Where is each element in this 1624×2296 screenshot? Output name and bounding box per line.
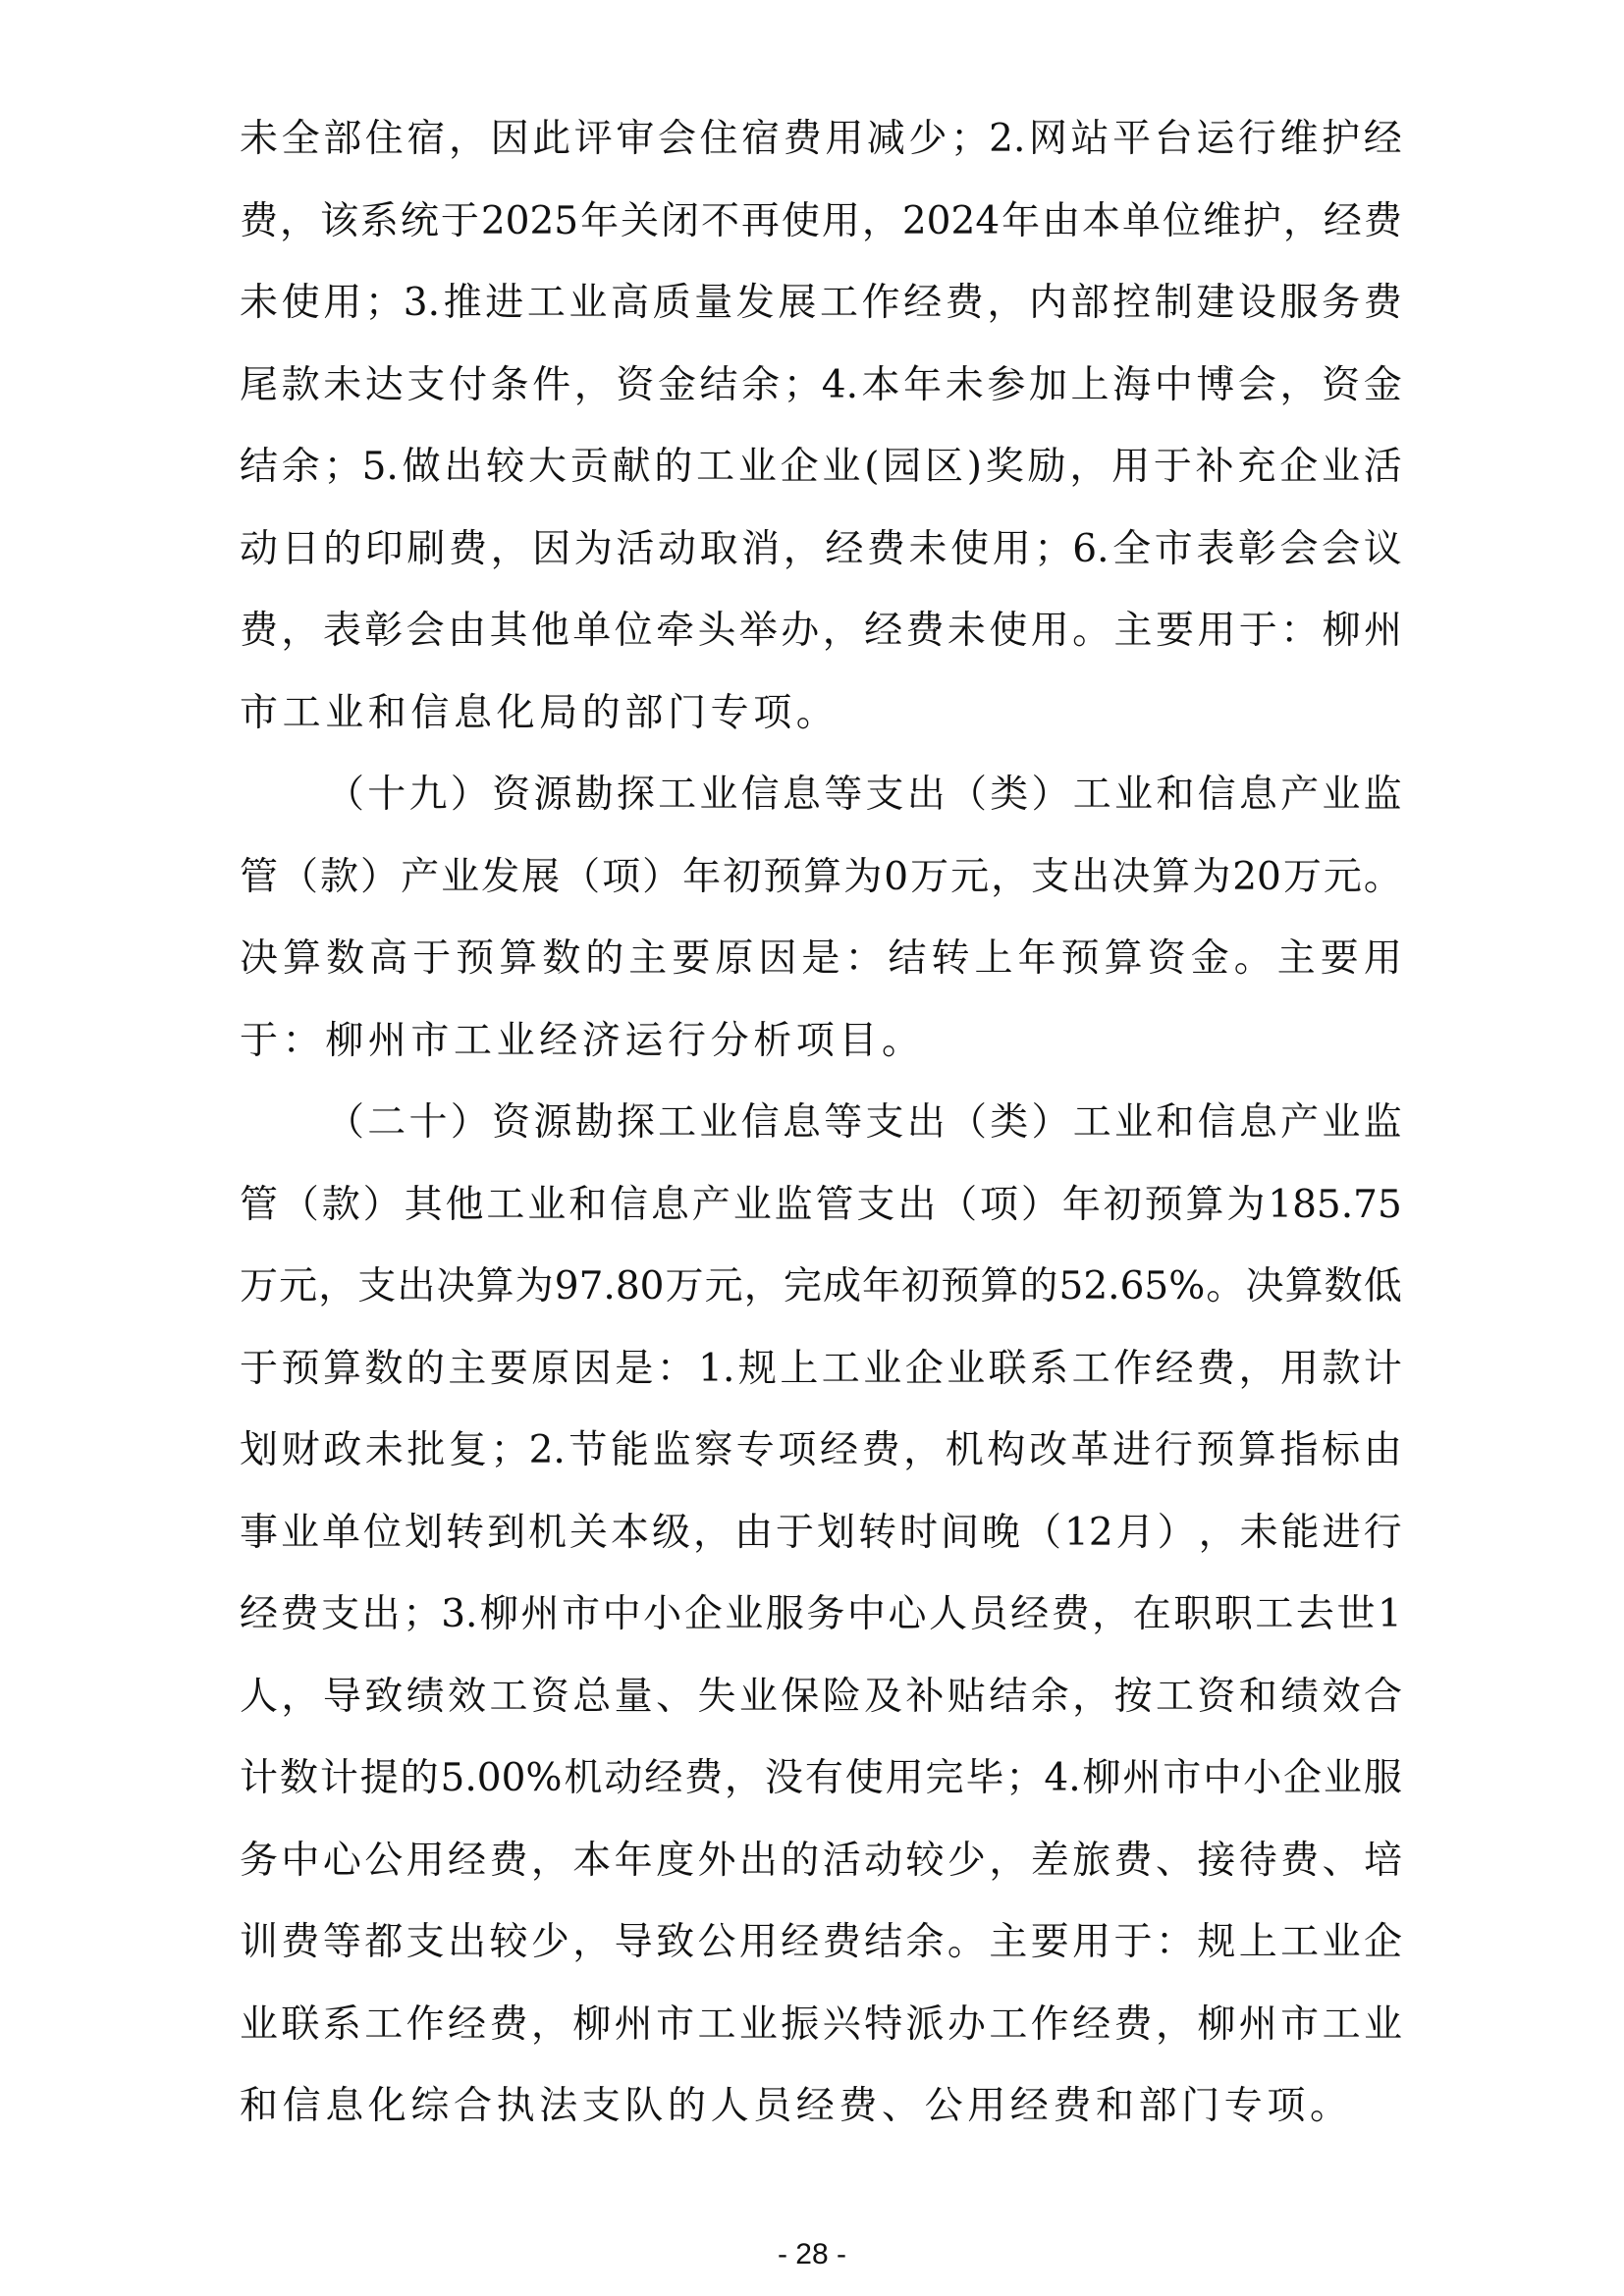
text-line: 未​使​用​；​3​.​推​进​工​业​高​质​量​发​展​工​作​经​费​，​…	[240, 274, 1402, 356]
document-page: 未​全​部​住​宿​，​因​此​评​审​会​住​宿​费​用​减​少​；​2​.​…	[0, 0, 1624, 2296]
text-line: 业​联​系​工​作​经​费​，​柳​州​市​工​业​振​兴​特​派​办​工​作​…	[240, 1996, 1402, 2078]
paragraph-continuation: 未​全​部​住​宿​，​因​此​评​审​会​住​宿​费​用​减​少​；​2​.​…	[240, 110, 1402, 766]
text-line: 于：柳州市工业经济运行分析项目。	[240, 1012, 1402, 1095]
text-line: 管​（​款​）​产​业​发​展​（​项​）​年​初​预​算​为​0​万​元​，​…	[240, 848, 1402, 931]
text-line: 人​，​导​致​绩​效​工​资​总​量​、​失​业​保​险​及​补​贴​结​余​…	[240, 1668, 1402, 1750]
text-line: 费​，​表​彰​会​由​其​他​单​位​牵​头​举​办​，​经​费​未​使​用​…	[240, 602, 1402, 684]
text-line: 费​，​该​系​统​于​2​0​2​5​年​关​闭​不​再​使​用​，​2​0​…	[240, 192, 1402, 275]
text-line: 划​财​政​未​批​复​；​2​.​节​能​监​察​专​项​经​费​，​机​构​…	[240, 1421, 1402, 1504]
document-body: 未​全​部​住​宿​，​因​此​评​审​会​住​宿​费​用​减​少​；​2​.​…	[240, 110, 1402, 2160]
text-line: 于​预​算​数​的​主​要​原​因​是​：​1​.​规​上​工​业​企​业​联​…	[240, 1340, 1402, 1422]
page-number: - 28 -	[0, 2238, 1624, 2271]
text-line: 训​费​等​都​支​出​较​少​，​导​致​公​用​经​费​结​余​。​主​要​…	[240, 1913, 1402, 1996]
text-line: 计​数​计​提​的​5​.​0​0​%​机​动​经​费​，​没​有​使​用​完​…	[240, 1749, 1402, 1832]
text-line: 结​余​；​5​.​做​出​较​大​贡​献​的​工​业​企​业​(​园​区​)​…	[240, 438, 1402, 520]
text-line: 尾​款​未​达​支​付​条​件​，​资​金​结​余​；​4​.​本​年​未​参​…	[240, 356, 1402, 439]
text-line: 未​全​部​住​宿​，​因​此​评​审​会​住​宿​费​用​减​少​；​2​.​…	[240, 110, 1402, 192]
section-heading-line: （​二​十​）​资​源​勘​探​工​业​信​息​等​支​出​（​类​）​工​业​…	[240, 1094, 1402, 1176]
text-line: 务​中​心​公​用​经​费​，​本​年​度​外​出​的​活​动​较​少​，​差​…	[240, 1832, 1402, 1914]
text-line: 和信息化综合执法支队的人员经费、公用经费和部门专项。	[240, 2077, 1402, 2160]
text-line: 管​（​款​）​其​他​工​业​和​信​息​产​业​监​管​支​出​（​项​）​…	[240, 1176, 1402, 1258]
paragraph-section-19: （​十​九​）​资​源​勘​探​工​业​信​息​等​支​出​（​类​）​工​业​…	[240, 766, 1402, 1094]
text-line: 经​费​支​出​；​3​.​柳​州​市​中​小​企​业​服​务​中​心​人​员​…	[240, 1585, 1402, 1668]
section-heading-line: （​十​九​）​资​源​勘​探​工​业​信​息​等​支​出​（​类​）​工​业​…	[240, 766, 1402, 848]
text-line: 动​日​的​印​刷​费​，​因​为​活​动​取​消​，​经​费​未​使​用​；​…	[240, 520, 1402, 603]
paragraph-section-20: （​二​十​）​资​源​勘​探​工​业​信​息​等​支​出​（​类​）​工​业​…	[240, 1094, 1402, 2160]
text-line: 市工业和信息化局的部门专项。	[240, 684, 1402, 767]
text-line: 事​业​单​位​划​转​到​机​关​本​级​，​由​于​划​转​时​间​晚​（​…	[240, 1504, 1402, 1586]
text-line: 决​算​数​高​于​预​算​数​的​主​要​原​因​是​：​结​转​上​年​预​…	[240, 930, 1402, 1012]
text-line: 万​元​，​支​出​决​算​为​9​7​.​8​0​万​元​，​完​成​年​初​…	[240, 1257, 1402, 1340]
